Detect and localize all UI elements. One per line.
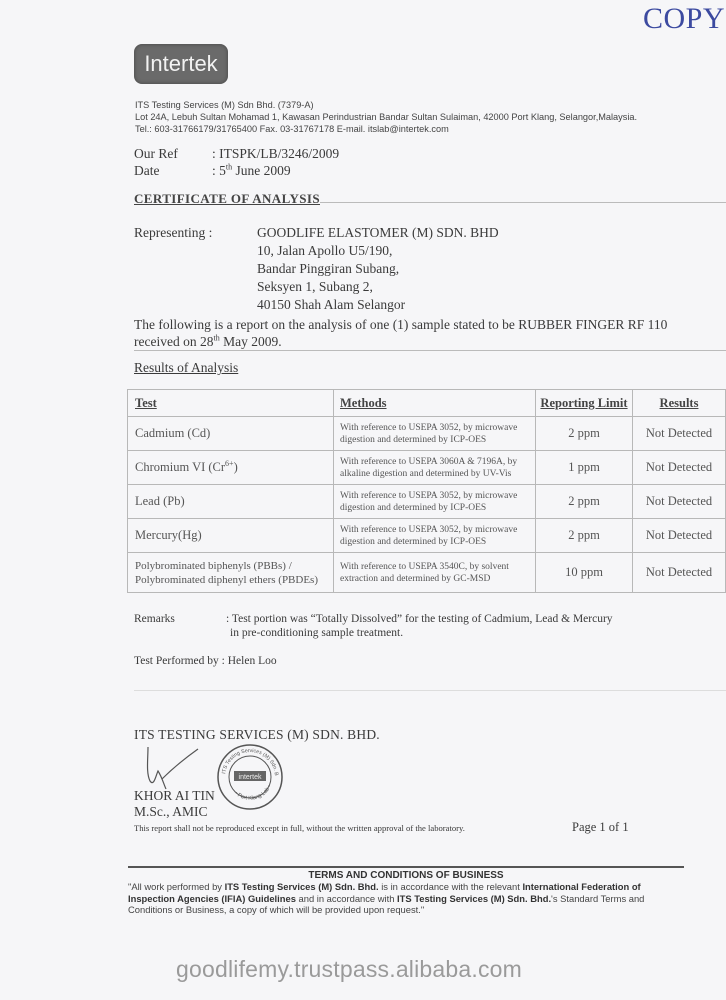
company-address-line: Lot 24A, Lebuh Sultan Mohamad 1, Kawasan…	[135, 111, 637, 123]
test-cell: Cadmium (Cd)	[128, 417, 334, 451]
method-cell: With reference to USEPA 3052, by microwa…	[334, 485, 536, 519]
result-cell: Not Detected	[633, 553, 726, 593]
results-table: Test Methods Reporting Limit Results Cad…	[127, 389, 726, 593]
signatory-name: KHOR AI TIN	[134, 788, 215, 804]
reference-block: Our Ref : ITSPK/LB/3246/2009 Date : 5th …	[134, 145, 339, 179]
table-row: Cadmium (Cd) With reference to USEPA 305…	[128, 417, 726, 451]
signatory-title: M.Sc., AMIC	[134, 804, 215, 820]
limit-cell: 2 ppm	[536, 485, 633, 519]
svg-text:intertek: intertek	[239, 774, 262, 781]
limit-cell: 1 ppm	[536, 451, 633, 485]
result-cell: Not Detected	[633, 485, 726, 519]
date-value: : 5th June 2009	[212, 162, 291, 179]
table-row: Mercury(Hg) With reference to USEPA 3052…	[128, 519, 726, 553]
remarks-text: : Test portion was “Totally Dissolved” f…	[226, 612, 613, 640]
remarks-block: Remarks : Test portion was “Totally Diss…	[134, 612, 613, 640]
svg-text:• Port Klang Lab •: • Port Klang Lab •	[233, 784, 273, 802]
test-cell: Lead (Pb)	[128, 485, 334, 519]
our-ref-label: Our Ref	[134, 145, 212, 162]
representing-label: Representing :	[134, 224, 257, 314]
column-header-methods: Methods	[334, 390, 536, 417]
disclaimer: This report shall not be reproduced exce…	[134, 823, 465, 833]
table-row: Lead (Pb) With reference to USEPA 3052, …	[128, 485, 726, 519]
result-cell: Not Detected	[633, 417, 726, 451]
column-header-results: Results	[633, 390, 726, 417]
method-cell: With reference to USEPA 3060A & 7196A, b…	[334, 451, 536, 485]
limit-cell: 10 ppm	[536, 553, 633, 593]
column-header-reporting-limit: Reporting Limit	[536, 390, 633, 417]
signatory: KHOR AI TIN M.Sc., AMIC	[134, 788, 215, 820]
lab-name: ITS TESTING SERVICES (M) SDN. BHD.	[134, 727, 380, 743]
result-cell: Not Detected	[633, 519, 726, 553]
divider	[134, 350, 726, 351]
table-row: Chromium VI (Cr6+) With reference to USE…	[128, 451, 726, 485]
terms-divider	[128, 866, 684, 868]
divider	[320, 202, 726, 203]
results-heading: Results of Analysis	[134, 360, 238, 376]
terms-title: TERMS AND CONDITIONS OF BUSINESS	[128, 870, 684, 881]
company-seal-icon: intertek ITS Testing Services (M) Sdn. B…	[215, 742, 285, 812]
limit-cell: 2 ppm	[536, 417, 633, 451]
remarks-label: Remarks	[134, 612, 226, 640]
handwritten-signature-icon	[142, 745, 212, 790]
company-header: ITS Testing Services (M) Sdn Bhd. (7379-…	[135, 99, 637, 135]
column-header-test: Test	[128, 390, 334, 417]
result-cell: Not Detected	[633, 451, 726, 485]
method-cell: With reference to USEPA 3052, by microwa…	[334, 519, 536, 553]
method-cell: With reference to USEPA 3052, by microwa…	[334, 417, 536, 451]
date-label: Date	[134, 162, 212, 179]
company-name-line: ITS Testing Services (M) Sdn Bhd. (7379-…	[135, 99, 637, 111]
certificate-title: CERTIFICATE OF ANALYSIS	[134, 191, 320, 207]
terms-body: "All work performed by ITS Testing Servi…	[128, 881, 688, 916]
company-contact-line: Tel.: 603-31766179/31765400 Fax. 03-3176…	[135, 123, 637, 135]
page-number: Page 1 of 1	[572, 820, 629, 835]
our-ref-value: : ITSPK/LB/3246/2009	[212, 145, 339, 162]
table-row: Polybrominated biphenyls (PBBs) / Polybr…	[128, 553, 726, 593]
table-header-row: Test Methods Reporting Limit Results	[128, 390, 726, 417]
test-performed-by: Test Performed by : Helen Loo	[134, 655, 277, 667]
test-cell: Chromium VI (Cr6+)	[128, 451, 334, 485]
divider	[134, 690, 726, 691]
intertek-logo-icon: Intertek	[134, 44, 228, 84]
test-cell: Polybrominated biphenyls (PBBs) / Polybr…	[128, 553, 334, 593]
limit-cell: 2 ppm	[536, 519, 633, 553]
method-cell: With reference to USEPA 3540C, by solven…	[334, 553, 536, 593]
test-cell: Mercury(Hg)	[128, 519, 334, 553]
representing-address: GOODLIFE ELASTOMER (M) SDN. BHD 10, Jala…	[257, 224, 499, 314]
watermark-url: goodlifemy.trustpass.alibaba.com	[176, 956, 522, 983]
report-intro: The following is a report on the analysi…	[134, 316, 674, 350]
copy-stamp: COPY	[643, 2, 725, 36]
representing-block: Representing : GOODLIFE ELASTOMER (M) SD…	[134, 224, 499, 314]
